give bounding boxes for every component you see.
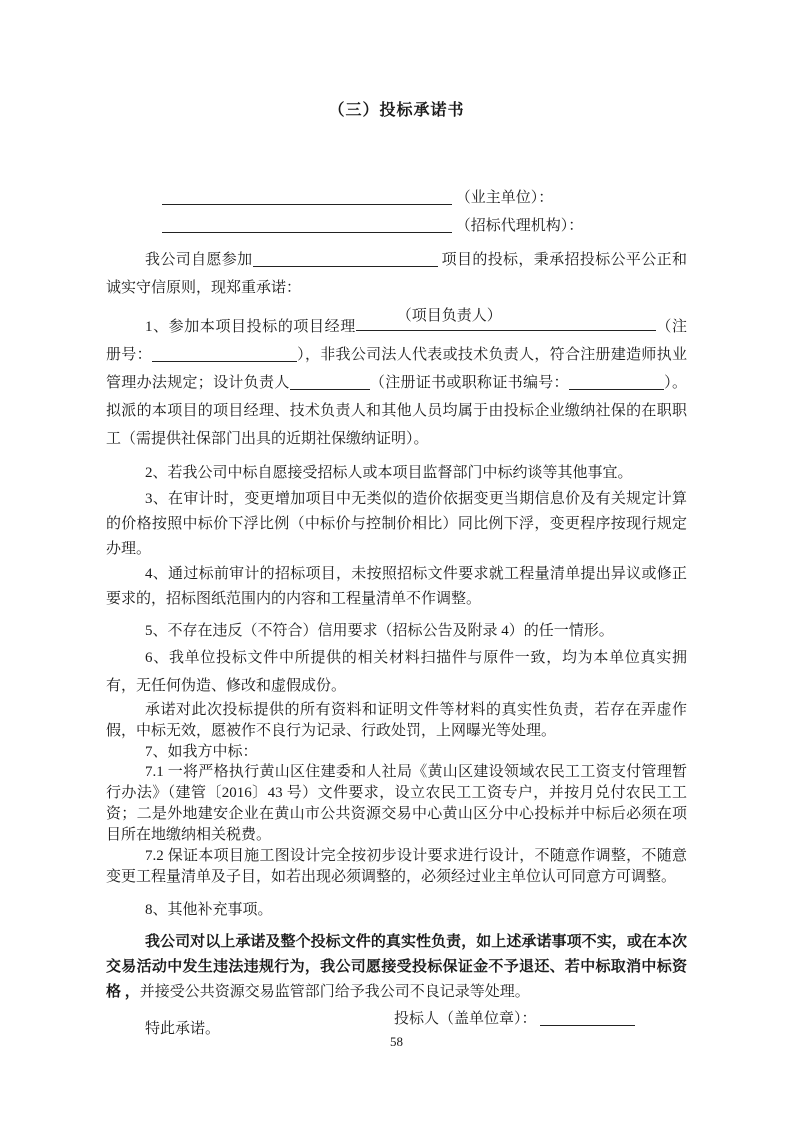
signature-footer: 投标人（盖单位章）： 58 <box>106 1008 687 1052</box>
item-4-paragraph: 4、通过标前审计的招标项目，未按照招标文件要求就工程量清单提出异议或修正要求的，… <box>106 562 687 612</box>
document-page: （三）投标承诺书 （业主单位）： （招标代理机构）： 我公司自愿参加 项目的投标… <box>0 0 793 1122</box>
blank-project-name <box>253 251 438 267</box>
item-8-paragraph: 8、其他补充事项。 <box>106 896 687 924</box>
intro-text-before: 我公司自愿参加 <box>145 252 253 268</box>
item-1-text-d: （注册证书或职称证书编号： <box>370 375 569 391</box>
owner-unit-line: （业主单位）： <box>106 184 687 212</box>
bidder-signature-line: 投标人（盖单位章）： <box>106 1008 687 1030</box>
intro-paragraph: 我公司自愿参加 项目的投标，秉承招投标公平公正和诚实守信原则，现郑重承诺： <box>106 246 687 302</box>
item-6-paragraph: 6、我单位投标文件中所提供的相关材料扫描件与原件一致，均为本单位真实拥有，无任何… <box>106 644 687 700</box>
blank-agency <box>162 217 452 233</box>
page-number: 58 <box>106 1032 687 1052</box>
item-7-2-paragraph: 7.2 保证本项目施工图设计完全按初步设计要求进行设计，不随意作调整，不随意变更… <box>106 846 687 888</box>
commitment-paragraph: 我公司对以上承诺及整个投标文件的真实性负责，如上述承诺事项不实，或在本次交易活动… <box>106 930 687 1005</box>
blank-bidder-seal <box>540 1010 635 1026</box>
bidder-label: 投标人（盖单位章）： <box>394 1011 537 1027</box>
agency-line: （招标代理机构）： <box>106 212 687 240</box>
blank-certificate-no <box>569 374 664 390</box>
item-5-paragraph: 5、不存在违反（不符合）信用要求（招标公告及附录 4）的任一情形。 <box>106 618 687 644</box>
blank-owner-unit <box>162 189 452 205</box>
agency-label: （招标代理机构）： <box>456 218 584 234</box>
blank-design-leader <box>290 374 370 390</box>
page-title: （三）投标承诺书 <box>106 97 687 120</box>
commitment-regular-text: 并接受公共资源交易监管部门给予我公司不良记录等处理。 <box>140 984 530 1000</box>
owner-unit-label: （业主单位）： <box>456 190 554 206</box>
blank-project-manager: （项目负责人） <box>356 302 656 331</box>
authenticity-paragraph: 承诺对此次投标提供的所有资料和证明文件等材料的真实性负责，若存在弄虚作假，中标无… <box>106 700 687 742</box>
item-3-paragraph: 3、在审计时，变更增加项目中无类似的造价依据变更当期信息价及有关规定计算的价格按… <box>106 487 687 562</box>
item-7-paragraph: 7、如我方中标： <box>106 742 687 762</box>
item-1-paragraph: 1、参加本项目投标的项目经理（项目负责人）（注册号：），非我公司法人代表或技术负… <box>106 302 687 453</box>
blank-registration-no <box>152 346 297 362</box>
item-1-text-a: 1、参加本项目投标的项目经理 <box>145 319 356 335</box>
item-2-paragraph: 2、若我公司中标自愿接受招标人或本项目监督部门中标约谈等其他事宜。 <box>106 459 687 487</box>
item-7-1-paragraph: 7.1 一将严格执行黄山区住建委和人社局《黄山区建设领域农民工工资支付管理暂行办… <box>106 762 687 846</box>
